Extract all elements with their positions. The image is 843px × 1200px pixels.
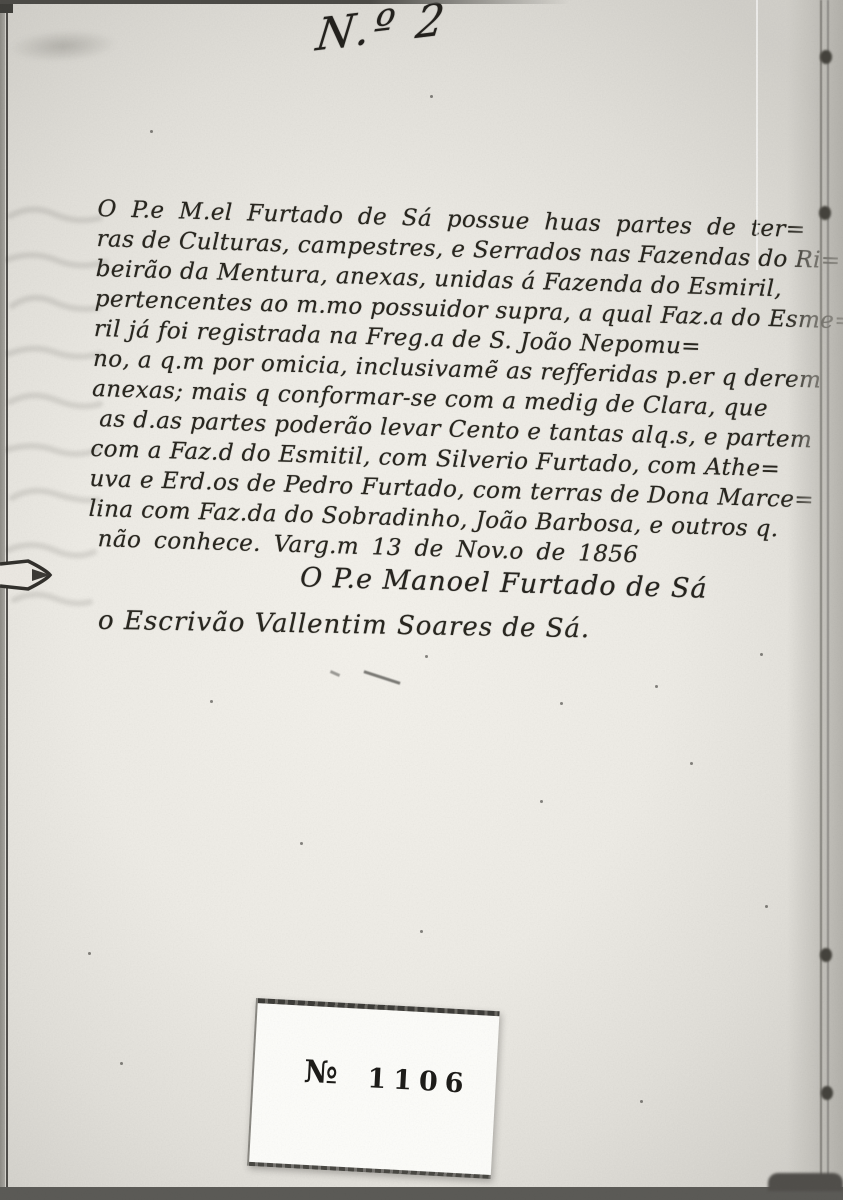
binding-stitch: [820, 50, 832, 64]
binding-fold-line: [820, 0, 822, 1200]
handwritten-page-number: N.º 2: [314, 0, 451, 59]
ink-speck: [690, 762, 693, 765]
archive-number-label: №1106: [247, 998, 500, 1179]
binding-fold-line: [827, 0, 829, 1200]
label-text: №1106: [303, 1057, 471, 1097]
ink-speck: [540, 800, 543, 803]
scan-top-edge: [0, 0, 570, 4]
ink-speck: [655, 685, 658, 688]
scan-scratch: [756, 0, 758, 270]
ink-speck: [640, 1100, 643, 1103]
ink-speck: [560, 702, 563, 705]
ink-speck: [88, 952, 91, 955]
ink-speck: [430, 95, 433, 98]
binding-stitch: [819, 206, 831, 220]
binding-stitch: [821, 1086, 833, 1100]
binding-stitch: [820, 948, 832, 962]
ink-smudge: [7, 27, 119, 65]
numero-symbol: №: [303, 1054, 339, 1092]
manuscript-text-block: O P.e M.el Furtado de Sá possue huas par…: [87, 194, 805, 575]
ink-speck: [150, 130, 153, 133]
scan-bottom-edge: [0, 1187, 843, 1200]
signature-clerk: o Escrivão Vallentim Soares de Sá.: [98, 608, 591, 643]
archive-number: 1106: [367, 1063, 472, 1100]
ink-speck: [210, 700, 213, 703]
ink-speck: [420, 930, 423, 933]
pencil-smudge: [330, 670, 340, 677]
label-top-edge: [258, 998, 500, 1016]
ink-speck: [760, 653, 763, 656]
scanned-document-page: N.º 2 O P.e M.el Furtado de Sá possue hu…: [0, 0, 843, 1200]
page-right-binding-edge: [787, 0, 843, 1200]
ink-speck: [120, 1062, 123, 1065]
label-bottom-edge: [249, 1162, 491, 1179]
ink-speck: [765, 905, 768, 908]
ink-speck: [300, 842, 303, 845]
ink-speck: [425, 655, 428, 658]
paper-fastener-clip: [0, 548, 62, 604]
pencil-smudge: [363, 670, 400, 685]
scan-bottom-corner-shadow: [768, 1173, 843, 1191]
